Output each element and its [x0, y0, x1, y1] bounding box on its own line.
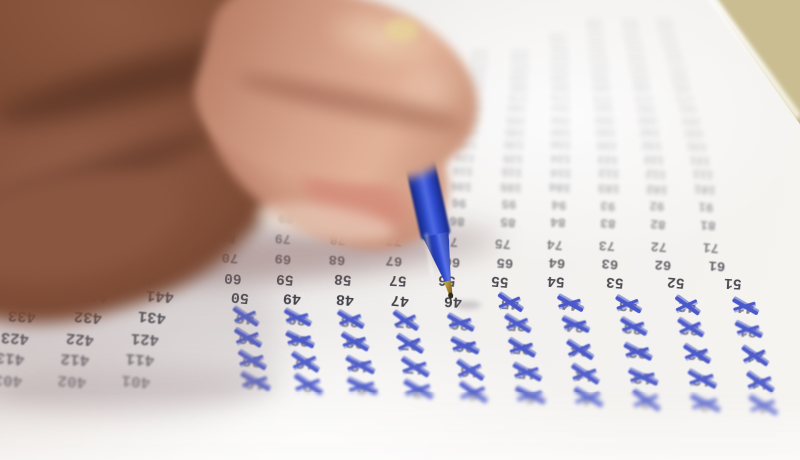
grid-number: 155 [506, 113, 526, 125]
grid-number: 133 [597, 138, 617, 150]
grid-number: 65 [496, 254, 514, 269]
grid-number: 138 [348, 136, 369, 148]
grid-number: 129 [294, 148, 315, 161]
grid-number: 125 [503, 150, 524, 162]
grid-number: 162 [636, 102, 655, 114]
crossed-number: 10 [244, 373, 266, 391]
grid-number: 59 [276, 270, 294, 286]
grid-number: 62 [654, 257, 672, 272]
grid-number: 49 [283, 290, 302, 306]
crossed-number: 34 [565, 317, 585, 334]
grid-number: 461 [116, 249, 145, 266]
grid-number: 423 [1, 328, 30, 345]
grid-number: 156 [461, 112, 481, 124]
grid-number: 114 [550, 165, 571, 178]
grid-number: 112 [645, 166, 667, 179]
crossed-number: 31 [738, 321, 758, 338]
grid-number: 55 [491, 272, 510, 288]
crossed-number: 12 [692, 370, 713, 388]
crossed-number: 25 [512, 339, 533, 357]
crossed-number: 11 [749, 373, 770, 391]
grid-number: 106 [450, 179, 472, 192]
grid-number: 151 [681, 114, 701, 126]
crossed-number: 36 [450, 314, 470, 331]
crossed-number: 13 [633, 368, 654, 386]
grid-number: 87 [385, 213, 401, 227]
grid-number: 110 [234, 176, 257, 190]
grid-number: 108 [337, 178, 359, 191]
crossed-number: 24 [570, 342, 590, 359]
grid-number: 432 [74, 307, 103, 324]
grid-number: 225 [511, 47, 529, 57]
grid-number: 142 [640, 125, 660, 137]
grid-number: 149 [304, 123, 324, 135]
crossed-number: 38 [340, 312, 359, 328]
grid-number: 84 [550, 215, 566, 229]
grid-number: 160 [262, 111, 282, 123]
grid-number: 91 [698, 199, 714, 213]
grid-number: 83 [600, 216, 616, 230]
grid-number: 70 [221, 249, 239, 264]
number-grid: 4614534524514434424414334324314234224214… [0, 0, 800, 460]
grid-number: 58 [334, 270, 353, 286]
crossed-number: 33 [623, 318, 643, 335]
grid-number: 103 [598, 181, 620, 194]
grid-number: 132 [642, 138, 663, 150]
grid-number: 61 [708, 258, 726, 273]
crossed-number: 16 [460, 361, 481, 379]
crossed-number: 29 [290, 331, 310, 348]
grid-number: 47 [390, 292, 409, 309]
crossed-number: 44 [560, 295, 579, 312]
grid-number: 411 [125, 350, 155, 368]
grid-number: 169 [313, 101, 332, 112]
grid-number: 152 [638, 114, 658, 126]
grid-number: 115 [501, 164, 523, 177]
crossed-number: 21 [745, 348, 765, 365]
grid-number: 71 [702, 238, 719, 253]
grid-number: 88 [332, 212, 349, 226]
grid-number: 121 [690, 152, 711, 165]
grid-number: 82 [650, 217, 667, 231]
grid-number: 78 [329, 231, 346, 246]
grid-number: 433 [8, 307, 37, 324]
grid-number: 97 [386, 195, 402, 209]
grid-number: 413 [0, 349, 25, 367]
grid-number: 173 [594, 91, 613, 102]
crossed-number: 9 [302, 376, 314, 394]
grid-number: 146 [459, 124, 479, 136]
grid-number: 159 [309, 111, 329, 123]
grid-number: 136 [457, 137, 477, 149]
crossed-number: 17 [404, 358, 425, 376]
crossed-number: 23 [628, 343, 648, 360]
grid-number: 99 [280, 193, 296, 207]
grid-number: 165 [507, 101, 526, 113]
grid-number: 72 [650, 237, 667, 252]
grid-number: 113 [598, 166, 619, 179]
grid-number: 118 [340, 163, 362, 176]
grid-number: 57 [389, 271, 407, 286]
grid-number: 452 [62, 268, 91, 286]
grid-number: 52 [667, 273, 686, 289]
grid-number: 96 [451, 195, 467, 209]
grid-number: 265 [585, 16, 602, 26]
crossed-number: 26 [455, 337, 475, 354]
foreground-blur-zone [0, 392, 800, 460]
grid-number: 92 [649, 199, 665, 212]
grid-number: 51 [724, 274, 742, 289]
grid-number: 264 [621, 16, 638, 26]
grid-number: 54 [547, 273, 565, 288]
grid-number: 104 [549, 180, 572, 194]
grid-number: 153 [595, 113, 615, 125]
crossed-number: 35 [507, 316, 526, 332]
crossed-number: 42 [677, 298, 696, 314]
grid-number: 80 [219, 229, 236, 244]
grid-number: 401 [121, 372, 151, 390]
grid-number: 402 [57, 372, 87, 390]
grid-number: 126 [454, 150, 475, 163]
grid-number: 263 [655, 16, 672, 27]
grid-number: 69 [274, 250, 292, 265]
grid-number: 85 [500, 214, 517, 228]
grid-number: 90 [224, 210, 240, 224]
grid-number: 128 [345, 149, 366, 161]
grid-number: 64 [548, 255, 566, 270]
crossed-number: 20 [241, 351, 262, 369]
grid-number: 141 [684, 126, 704, 138]
grid-number: 109 [285, 177, 307, 190]
grid-number: 111 [692, 167, 713, 180]
grid-number: 93 [600, 198, 616, 212]
grid-number: 77 [385, 232, 402, 247]
grid-number: 122 [644, 152, 665, 164]
grid-number: 68 [328, 251, 346, 266]
grid-number: 139 [299, 135, 319, 147]
grid-number: 167 [404, 101, 424, 113]
crossed-number: 28 [345, 333, 366, 351]
grid-number: 451 [128, 269, 157, 286]
grid-number: 94 [551, 197, 567, 211]
grid-number: 134 [551, 137, 572, 150]
grid-number: 67 [385, 252, 403, 267]
photo-scene: Close-up photo of a hand holding a blue … [0, 0, 800, 460]
grid-number: 148 [352, 123, 372, 135]
grid-number: 120 [239, 162, 260, 175]
crossed-number: 45 [500, 294, 519, 310]
grid-number: 140 [250, 135, 271, 148]
crossed-number: 18 [350, 356, 371, 374]
grid-number: 150 [256, 123, 276, 135]
grid-number: 74 [546, 235, 563, 250]
grid-number: 422 [65, 329, 94, 347]
grid-number: 102 [646, 182, 668, 195]
grid-number: 154 [551, 113, 571, 125]
grid-number: 168 [358, 101, 377, 113]
grid-number: 453 [0, 267, 16, 284]
grid-number: 75 [494, 234, 511, 249]
grid-number: 89 [278, 211, 294, 225]
crossed-number: 37 [395, 313, 415, 330]
grid-number: 441 [146, 286, 175, 303]
crossed-number: 27 [400, 336, 420, 353]
crossed-number: 40 [235, 309, 255, 326]
grid-number: 245 [549, 31, 567, 42]
grid-number: 86 [449, 214, 465, 228]
grid-number: 60 [224, 269, 242, 284]
grid-number: 144 [551, 125, 571, 137]
grid-number: 403 [0, 371, 23, 388]
pen-ballpoint [448, 292, 454, 299]
crossed-number: 30 [238, 330, 258, 347]
grid-number: 119 [289, 162, 310, 175]
grid-number: 105 [500, 180, 522, 193]
grid-number: 95 [501, 196, 517, 209]
grid-number: 98 [333, 194, 349, 207]
grid-number: 81 [700, 218, 716, 232]
crossed-number: 14 [574, 365, 595, 383]
crossed-number: 41 [735, 299, 754, 316]
grid-number: 145 [505, 124, 525, 136]
grid-number: 143 [596, 125, 616, 137]
grid-number: 421 [131, 330, 160, 347]
crossed-number: 43 [619, 297, 638, 313]
grid-number: 48 [335, 291, 354, 307]
grid-number: 431 [137, 307, 166, 325]
grid-number: 135 [504, 137, 525, 149]
grid-number: 100 [216, 192, 239, 206]
grid-number: 53 [606, 273, 624, 289]
crossed-number: 22 [687, 345, 708, 363]
grid-number: 50 [230, 289, 249, 306]
grid-number: 172 [634, 91, 653, 102]
grid-number: 73 [599, 237, 616, 251]
crossed-number: 39 [287, 310, 307, 327]
grid-number: 443 [15, 285, 44, 303]
grid-number: 442 [81, 286, 110, 303]
grid-number: 158 [356, 112, 376, 124]
grid-number: 161 [678, 102, 698, 114]
grid-number: 131 [687, 138, 708, 151]
crossed-number: 32 [680, 320, 699, 336]
grid-number: 166 [463, 101, 482, 112]
grid-number: 79 [275, 230, 292, 244]
grid-number: 124 [551, 151, 572, 164]
grid-number: 412 [60, 350, 90, 367]
grid-number: 123 [597, 151, 618, 164]
grid-number: 170 [268, 100, 288, 112]
grid-number: 226 [471, 46, 489, 57]
crossed-number: 15 [517, 363, 538, 381]
grid-number: 116 [452, 164, 473, 177]
crossed-number: 19 [295, 354, 316, 372]
grid-number: 101 [694, 182, 717, 196]
grid-number: 63 [601, 256, 619, 271]
grid-number: 164 [551, 101, 571, 113]
grid-number: 130 [245, 148, 266, 161]
